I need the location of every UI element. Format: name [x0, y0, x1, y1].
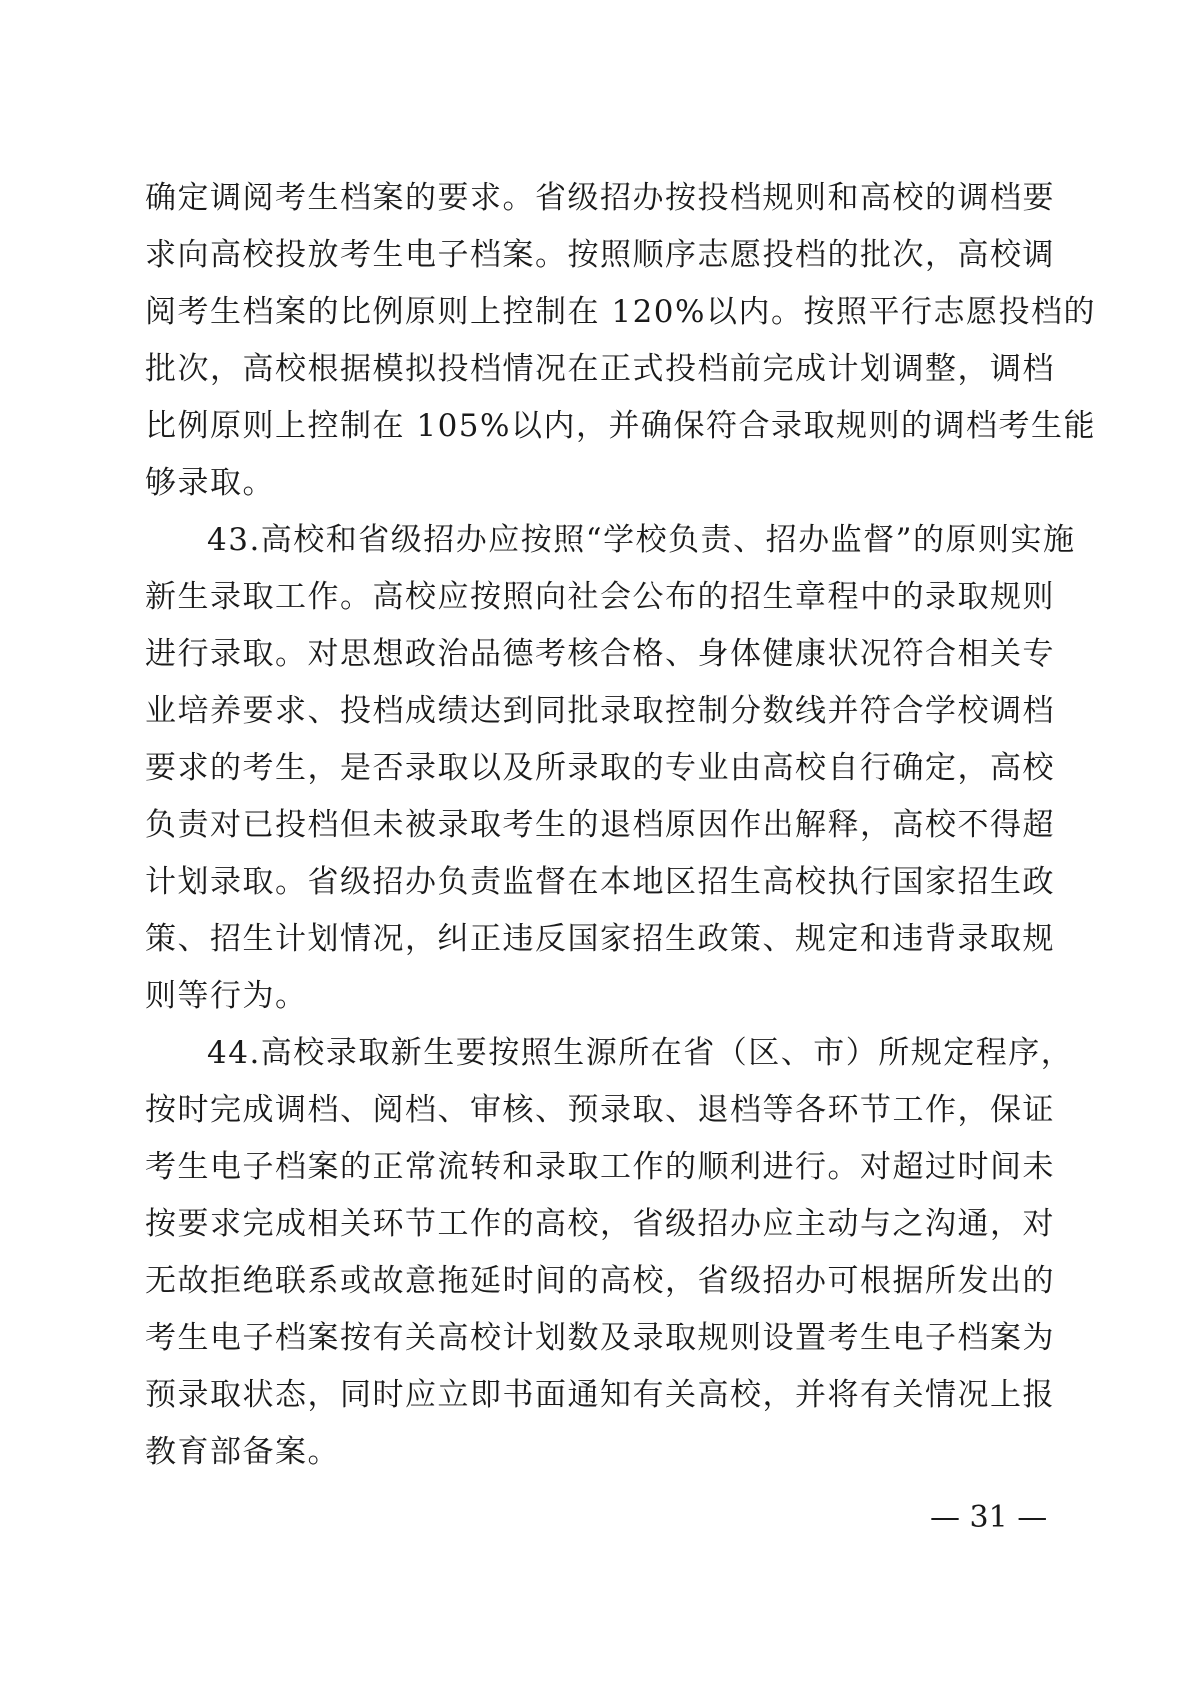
text-line: 业培养要求、投档成绩达到同批录取控制分数线并符合学校调档 [145, 681, 1045, 741]
text-line: 预录取状态，同时应立即书面通知有关高校，并将有关情况上报 [145, 1365, 1045, 1425]
text-line: 负责对已投档但未被录取考生的退档原因作出解释，高校不得超 [145, 795, 1045, 855]
text-line: 够录取。 [145, 453, 1045, 513]
text-line: 确定调阅考生档案的要求。省级招办按投档规则和高校的调档要 [145, 168, 1045, 228]
text-line: 要求的考生，是否录取以及所录取的专业由高校自行确定，高校 [145, 738, 1045, 798]
text-line: 按要求完成相关环节工作的高校，省级招办应主动与之沟通，对 [145, 1194, 1045, 1254]
text-line: 求向高校投放考生电子档案。按照顺序志愿投档的批次，高校调 [145, 225, 1045, 285]
paragraph-44-start: 44.高校录取新生要按照生源所在省（区、市）所规定程序， [207, 1023, 1107, 1083]
text-line: 策、招生计划情况，纠正违反国家招生政策、规定和违背录取规 [145, 909, 1045, 969]
text-line: 则等行为。 [145, 966, 1045, 1026]
text-line: 计划录取。省级招办负责监督在本地区招生高校执行国家招生政 [145, 852, 1045, 912]
page-number: — 31 — [930, 1498, 1047, 1538]
document-page: 确定调阅考生档案的要求。省级招办按投档规则和高校的调档要 求向高校投放考生电子档… [0, 0, 1191, 1684]
paragraph-43-start: 43.高校和省级招办应按照“学校负责、招办监督”的原则实施 [207, 510, 1107, 570]
text-line: 考生电子档案的正常流转和录取工作的顺利进行。对超过时间未 [145, 1137, 1045, 1197]
text-line: 考生电子档案按有关高校计划数及录取规则设置考生电子档案为 [145, 1308, 1045, 1368]
text-line: 教育部备案。 [145, 1422, 1045, 1482]
text-line: 新生录取工作。高校应按照向社会公布的招生章程中的录取规则 [145, 567, 1045, 627]
text-line: 进行录取。对思想政治品德考核合格、身体健康状况符合相关专 [145, 624, 1045, 684]
text-line: 阅考生档案的比例原则上控制在 120%以内。按照平行志愿投档的 [145, 282, 1045, 342]
text-line: 比例原则上控制在 105%以内，并确保符合录取规则的调档考生能 [145, 396, 1045, 456]
text-line: 批次，高校根据模拟投档情况在正式投档前完成计划调整，调档 [145, 339, 1045, 399]
text-line: 按时完成调档、阅档、审核、预录取、退档等各环节工作，保证 [145, 1080, 1045, 1140]
text-line: 无故拒绝联系或故意拖延时间的高校，省级招办可根据所发出的 [145, 1251, 1045, 1311]
